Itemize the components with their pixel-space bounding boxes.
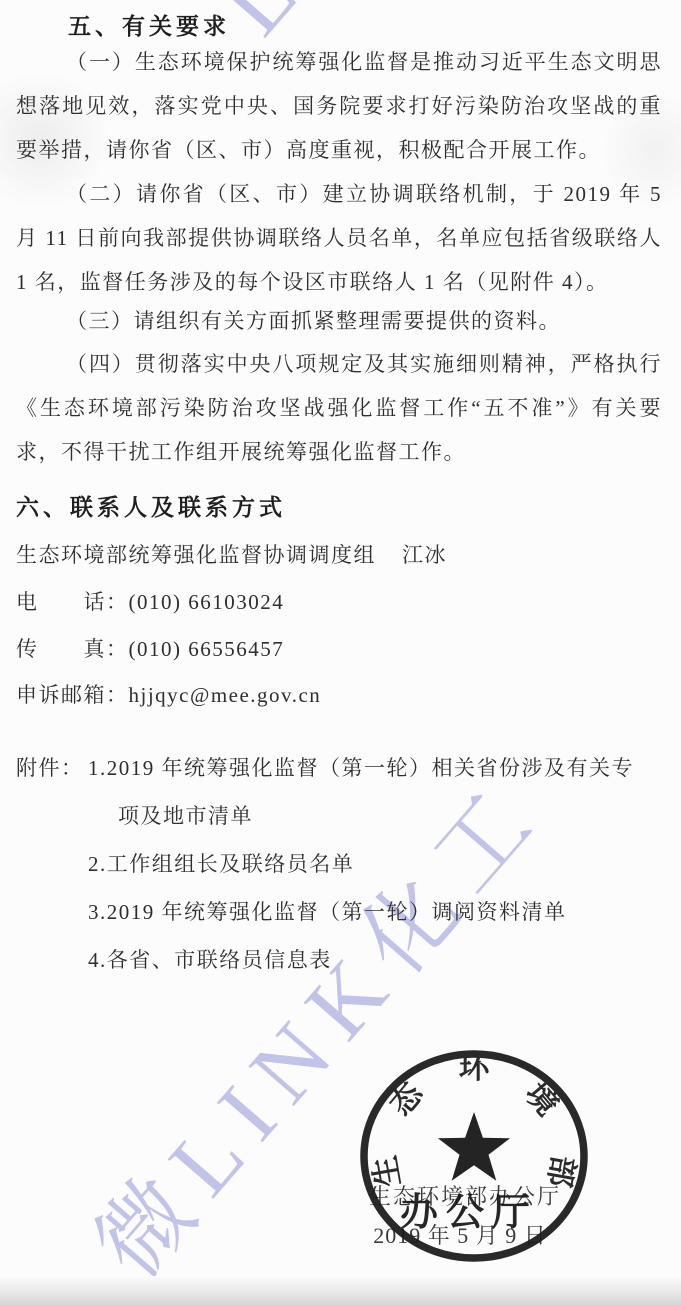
contact-fax-line: 传 真：(010) 66556457	[16, 632, 284, 666]
email-label: 申诉邮箱：	[16, 683, 129, 707]
seal-ring-char: 生	[367, 1153, 407, 1190]
seal-bottom-text: 办公厅	[400, 1192, 538, 1234]
fax-value: (010) 66556457	[129, 637, 285, 661]
section5-paragraph-4: （四）贯彻落实中央八项规定及其实施细则精神，严格执行《生态环境部污染防治攻坚战强…	[16, 342, 662, 474]
attachments-label: 附件：	[16, 744, 88, 984]
attachment-item: 1.2019 年统筹强化监督（第一轮）相关省份涉及有关专项及地市清单	[88, 744, 650, 840]
section5-heading: 五、有关要求	[68, 8, 230, 41]
seal-ring-char: 部	[541, 1153, 581, 1190]
section5-paragraph-1: （一）生态环境保护统筹强化监督是推动习近平生态文明思想落地见效，落实党中央、国务…	[16, 40, 662, 172]
official-seal: 生 态 环 境 部 办公厅	[355, 1040, 600, 1280]
attachment-item: 4.各省、市联络员信息表	[88, 936, 648, 984]
scan-bottom-edge	[0, 1276, 681, 1305]
attachment-item: 2.工作组组长及联络员名单	[88, 840, 648, 888]
attachments-list: 1.2019 年统筹强化监督（第一轮）相关省份涉及有关专项及地市清单 2.工作组…	[88, 744, 666, 984]
attachments-block: 附件： 1.2019 年统筹强化监督（第一轮）相关省份涉及有关专项及地市清单 2…	[16, 744, 666, 984]
star-icon	[438, 1112, 510, 1181]
section5-paragraph-2: （二）请你省（区、市）建立协调联络机制，于 2019 年 5 月 11 日前向我…	[16, 172, 662, 304]
contact-email-line: 申诉邮箱：hjjqyc@mee.gov.cn	[16, 678, 321, 712]
contact-person: 江冰	[402, 543, 447, 567]
email-value: hjjqyc@mee.gov.cn	[129, 683, 322, 707]
attachment-item: 3.2019 年统筹强化监督（第一轮）调阅资料清单	[88, 888, 648, 936]
contact-group-line: 生态环境部统筹强化监督协调调度组江冰	[16, 538, 447, 572]
contact-group: 生态环境部统筹强化监督协调调度组	[16, 543, 376, 567]
seal-ring-char: 境	[518, 1076, 565, 1122]
contact-phone-line: 电 话：(010) 66103024	[16, 585, 284, 619]
phone-value: (010) 66103024	[129, 590, 285, 614]
section5-paragraph-3: （三）请组织有关方面抓紧整理需要提供的资料。	[16, 299, 662, 343]
fax-label: 传 真：	[16, 637, 129, 661]
seal-ring-char: 环	[459, 1050, 491, 1085]
section6-heading: 六、联系人及联系方式	[16, 489, 286, 522]
phone-label: 电 话：	[16, 590, 129, 614]
seal-ring-char: 态	[383, 1075, 430, 1122]
scanned-document-page: 微LINK化工 LIN 五、有关要求 （一）生态环境保护统筹强化监督是推动习近平…	[0, 0, 681, 1305]
